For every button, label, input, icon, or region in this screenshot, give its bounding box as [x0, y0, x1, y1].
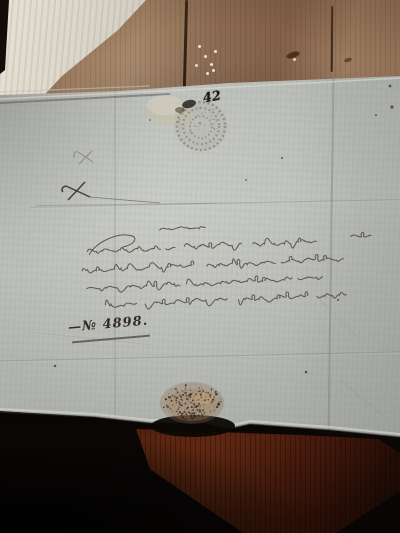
paint-speck-dots	[198, 45, 201, 48]
fold-crease-vertical	[328, 78, 335, 434]
fold-crease-horizontal	[0, 351, 400, 362]
document-number-prefix: —	[67, 319, 82, 335]
fold-crease-vertical	[114, 88, 116, 428]
ink-note-42: 42	[202, 89, 222, 107]
photo-scene: 42 —№ 4898.	[0, 0, 400, 533]
